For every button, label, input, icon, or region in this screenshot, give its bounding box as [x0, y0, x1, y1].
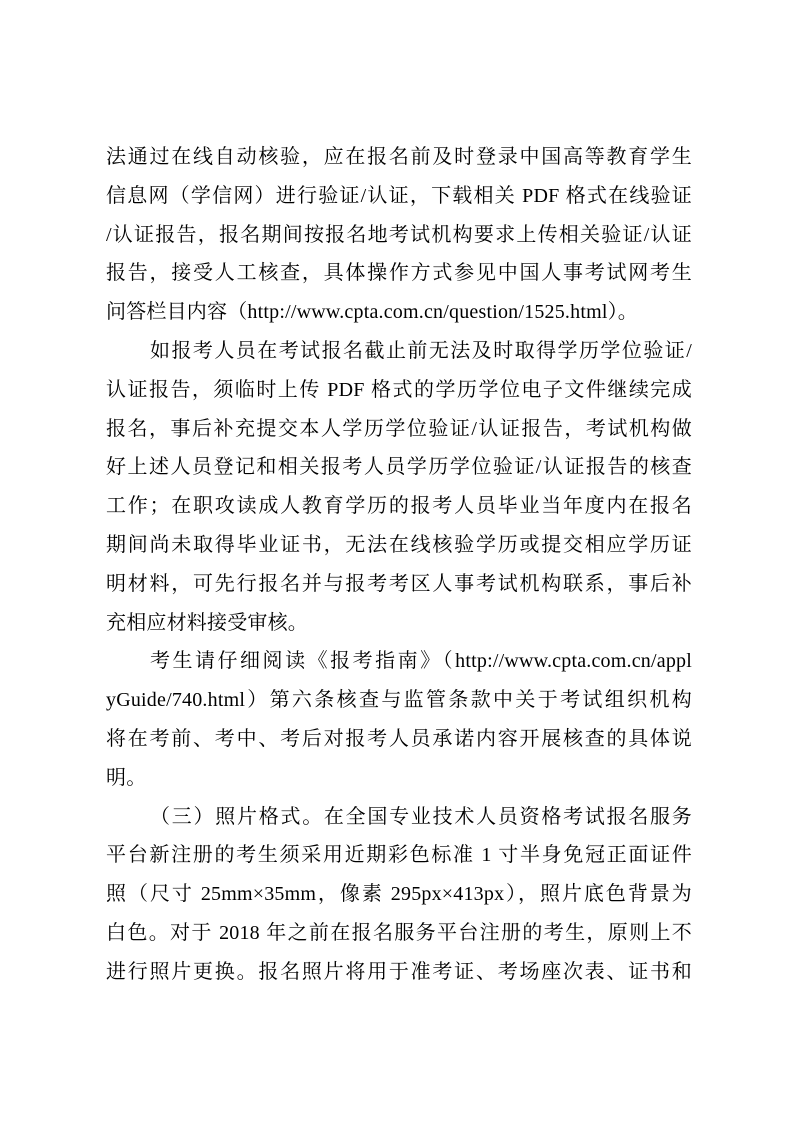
text-line: 明材料，可先行报名并与报考考区人事考试机构联系，事后补	[106, 565, 692, 604]
text-line: 照（尺寸 25mm×35mm，像素 295px×413px），照片底色背景为	[106, 875, 692, 914]
text-line: 法通过在线自动核验，应在报名前及时登录中国高等教育学生	[106, 138, 692, 177]
text-line: （三）照片格式。在全国专业技术人员资格考试报名服务	[106, 798, 692, 837]
text-line: 明。	[106, 759, 692, 798]
text-line: 平台新注册的考生须采用近期彩色标准 1 寸半身免冠正面证件	[106, 836, 692, 875]
document-page: 法通过在线自动核验，应在报名前及时登录中国高等教育学生 信息网（学信网）进行验证…	[0, 0, 794, 1123]
paragraph-apply-guide: 考生请仔细阅读《报考指南》（http://www.cpta.com.cn/app…	[106, 642, 692, 797]
text-line: 报名，事后补充提交本人学历学位验证/认证报告，考试机构做	[106, 410, 692, 449]
text-line: yGuide/740.html）第六条核查与监管条款中关于考试组织机构	[106, 681, 692, 720]
text-line: 充相应材料接受审核。	[106, 604, 692, 643]
text-line: 工作；在职攻读成人教育学历的报考人员毕业当年度内在报名	[106, 487, 692, 526]
text-line: 信息网（学信网）进行验证/认证，下载相关 PDF 格式在线验证	[106, 177, 692, 216]
text-line: 好上述人员登记和相关报考人员学历学位验证/认证报告的核查	[106, 448, 692, 487]
text-line: 如报考人员在考试报名截止前无法及时取得学历学位验证/	[106, 332, 692, 371]
text-line: 白色。对于 2018 年之前在报名服务平台注册的考生，原则上不	[106, 914, 692, 953]
text-line: 认证报告，须临时上传 PDF 格式的学历学位电子文件继续完成	[106, 371, 692, 410]
paragraph-photo-format: （三）照片格式。在全国专业技术人员资格考试报名服务 平台新注册的考生须采用近期彩…	[106, 798, 692, 992]
text-line: /认证报告，报名期间按报名地考试机构要求上传相关验证/认证	[106, 216, 692, 255]
document-text-block: 法通过在线自动核验，应在报名前及时登录中国高等教育学生 信息网（学信网）进行验证…	[106, 138, 692, 992]
text-line: 问答栏目内容（http://www.cpta.com.cn/question/1…	[106, 293, 692, 332]
text-line: 将在考前、考中、考后对报考人员承诺内容开展核查的具体说	[106, 720, 692, 759]
text-line: 考生请仔细阅读《报考指南》（http://www.cpta.com.cn/app…	[106, 642, 692, 681]
text-line: 报告，接受人工核查，具体操作方式参见中国人事考试网考生	[106, 254, 692, 293]
paragraph-online-verification: 法通过在线自动核验，应在报名前及时登录中国高等教育学生 信息网（学信网）进行验证…	[106, 138, 692, 332]
paragraph-temporary-upload: 如报考人员在考试报名截止前无法及时取得学历学位验证/ 认证报告，须临时上传 PD…	[106, 332, 692, 642]
text-line: 期间尚未取得毕业证书，无法在线核验学历或提交相应学历证	[106, 526, 692, 565]
text-line: 进行照片更换。报名照片将用于准考证、考场座次表、证书和	[106, 953, 692, 992]
